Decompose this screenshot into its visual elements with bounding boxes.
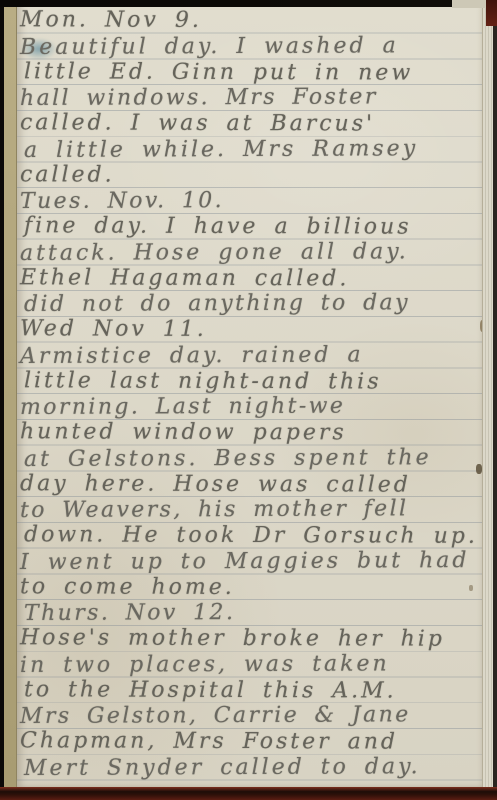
diary-line: in two places, was taken [20,651,468,679]
diary-line: Beautiful day. I washed a [20,33,468,61]
diary-page-scan: Mon. Nov 9. Beautiful day. I washed a li… [0,0,497,800]
diary-line: little Ed. Ginn put in new [20,59,468,86]
diary-line: Chapman, Mrs Foster and [20,728,468,755]
diary-line: to the Hospital this A.M. [20,677,468,704]
page-edge-left [4,5,17,788]
diary-line: hall windows. Mrs Foster [20,84,468,112]
diary-line: I went up to Maggies but had [20,548,468,576]
diary-line: little last night-and this [20,368,468,395]
diary-line: Hose's mother broke her hip [20,625,468,652]
book-cover-top-right [486,0,497,26]
diary-line: to come home. [20,574,468,601]
book-cover-bottom [0,787,497,800]
diary-line: called. [20,162,468,189]
page-edges-right [482,7,493,788]
diary-line: called. I was at Barcus' [20,110,468,137]
diary-line-date: Thurs. Nov 12. [20,599,468,627]
paper-speck [469,585,473,591]
diary-line: to Weavers, his mother fell [20,496,468,524]
diary-line: did not do anything to day [20,290,468,318]
diary-line: Armistice day. rained a [20,342,468,370]
scan-edge-right [493,0,497,800]
scan-edge-top [0,0,458,7]
diary-line: Mrs Gelston, Carrie & Jane [20,702,468,730]
diary-line: Mert Snyder called to day. [20,754,468,782]
notebook-paper: Mon. Nov 9. Beautiful day. I washed a li… [16,0,484,788]
diary-line: morning. Last night-we [20,393,468,421]
diary-text: Mon. Nov 9. Beautiful day. I washed a li… [20,8,468,781]
diary-line: fine day. I have a billious [20,213,468,240]
diary-line: attack. Hose gone all day. [20,239,468,267]
diary-line-date: Mon. Nov 9. [20,7,468,34]
diary-line: day here. Hose was called [20,471,468,498]
diary-line: down. He took Dr Gorsuch up. [20,522,468,549]
diary-line: a little while. Mrs Ramsey [20,136,468,164]
diary-line: Ethel Hagaman called. [20,265,468,292]
diary-line-date: Tues. Nov. 10. [20,187,468,215]
diary-line: at Gelstons. Bess spent the [20,445,468,473]
page-corner-top-right [452,0,488,8]
diary-line: hunted window papers [20,419,468,446]
diary-line-date: Wed Nov 11. [20,316,468,343]
